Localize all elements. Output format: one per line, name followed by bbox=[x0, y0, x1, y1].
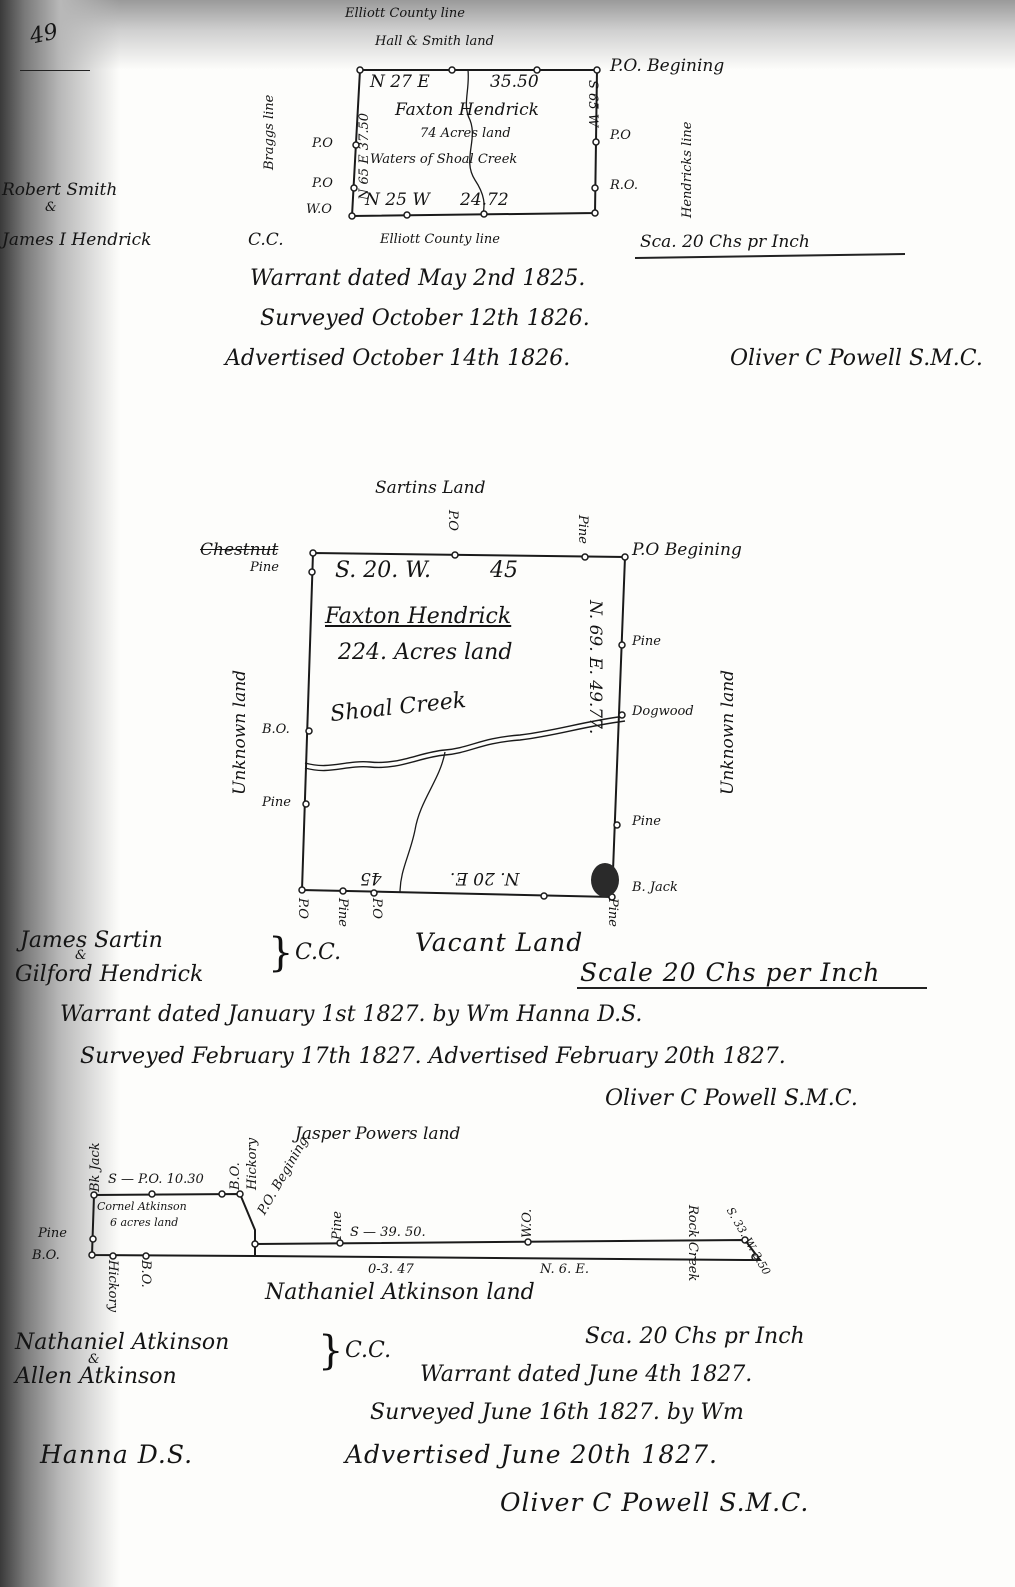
plat2-top-marker-po: P.O bbox=[445, 510, 460, 531]
plat3-right-marker-2: Rock Creek bbox=[685, 1205, 700, 1281]
plat2-left-marker-1: B.O. bbox=[262, 722, 290, 737]
plat1-west-corner-1: P.O bbox=[312, 136, 333, 151]
plat1-west-corner-2: P.O bbox=[312, 176, 333, 191]
plat2-warrant: Warrant dated January 1st 1827. by Wm Ha… bbox=[60, 1002, 642, 1027]
plat3-advertised: Advertised June 20th 1827. bbox=[345, 1440, 718, 1469]
plat3-warrant: Warrant dated June 4th 1827. bbox=[420, 1362, 752, 1387]
plat3-cc-label: C.C. bbox=[345, 1338, 391, 1363]
plat1-right-call: S 65 W bbox=[585, 80, 600, 127]
plat1-waters: Waters of Shoal Creek bbox=[370, 152, 517, 167]
plat1-owner: Faxton Hendrick bbox=[395, 100, 539, 120]
plat1-bottom-distance: 24.72 bbox=[460, 190, 509, 210]
plat3-right-marker-1: W.O. bbox=[520, 1209, 535, 1238]
plat2-bottom-marker-1: P.O bbox=[295, 898, 310, 919]
plat2-top-marker-pine: Pine bbox=[575, 515, 590, 544]
plat2-bottom-call: N. 20 E. bbox=[450, 868, 519, 888]
plat1-top-distance: 35.50 bbox=[490, 72, 539, 92]
plat3-bottom-marker-1: Hickory bbox=[105, 1260, 120, 1312]
plat2-south-label: Vacant Land bbox=[415, 928, 583, 957]
plat3-signature: Oliver C Powell S.M.C. bbox=[500, 1488, 809, 1517]
plat1-chain-carrier-1: Robert Smith bbox=[2, 180, 117, 200]
plat1-acres: 74 Acres land bbox=[420, 126, 511, 141]
plat2-scale: Scale 20 Chs per Inch bbox=[580, 958, 880, 987]
plat3-inner-owner: Cornel Atkinson bbox=[97, 1200, 187, 1213]
plat2-cc-label: C.C. bbox=[295, 940, 341, 965]
plat3-surveyor: Hanna D.S. bbox=[40, 1440, 193, 1469]
plat2-chain-carrier-2: Gilford Hendrick bbox=[15, 962, 203, 987]
plat2-top-left-tree: Pine bbox=[250, 560, 279, 575]
plat2-right-marker-4: B. Jack bbox=[632, 880, 678, 895]
plat1-scale: Sca. 20 Chs pr Inch bbox=[640, 232, 810, 252]
plat2-surveyed: Surveyed February 17th 1827. Advertised … bbox=[80, 1044, 786, 1069]
plat3-top-call: S — P.O. 10.30 bbox=[108, 1172, 204, 1187]
plat1-signature: Oliver C Powell S.M.C. bbox=[730, 346, 983, 371]
plat2-right-call: N. 69. E. 49.77. bbox=[585, 600, 605, 734]
plat2-west-label: Unknown land bbox=[230, 670, 250, 795]
plat1-left-call: N 65 E 37.50 bbox=[357, 113, 372, 200]
plat2-right-marker-2: Dogwood bbox=[632, 704, 694, 719]
plat2-owner: Faxton Hendrick bbox=[325, 604, 511, 629]
plat1-surveyed: Surveyed October 12th 1826. bbox=[260, 306, 590, 331]
plat2-chain-carrier-1: James Sartin bbox=[20, 928, 163, 953]
plat1-scale-underline bbox=[635, 254, 905, 258]
plat1-advertised: Advertised October 14th 1826. bbox=[225, 346, 570, 371]
plat1-east-label: Hendricks line bbox=[680, 122, 695, 218]
plat1-cc-label: C.C. bbox=[248, 230, 284, 250]
plat3-surveyed: Surveyed June 16th 1827. by Wm bbox=[370, 1400, 744, 1425]
plat2-north-label: Sartins Land bbox=[375, 478, 486, 498]
plat3-south-label: Nathaniel Atkinson land bbox=[265, 1280, 535, 1305]
plat3-chain-carrier-1: Nathaniel Atkinson bbox=[15, 1330, 229, 1355]
plat3-inner-acres: 6 acres land bbox=[110, 1216, 178, 1229]
plat3-bottom-call: N. 6. E. bbox=[540, 1262, 589, 1277]
plat2-bottom-marker-3: P.O bbox=[369, 898, 384, 919]
plat3-top-marker-2: B.O. bbox=[228, 1162, 243, 1190]
plat2-top-left-corner: Chestnut bbox=[200, 540, 278, 560]
plat3-left-marker-2: B.O. bbox=[32, 1248, 60, 1263]
plat1-north-label-2: Hall & Smith land bbox=[375, 34, 494, 49]
plat1-west-corner-3: W.O bbox=[306, 202, 332, 217]
plat2-right-marker-3: Pine bbox=[632, 814, 661, 829]
ink-blot bbox=[591, 863, 619, 897]
plat3-bottom-marker-2: B.O. bbox=[138, 1260, 153, 1288]
plat1-east-corner-2: R.O. bbox=[610, 178, 638, 193]
plat2-bottom-distance: 45 bbox=[360, 868, 382, 888]
plat2-top-call: S. 20. W. bbox=[335, 558, 431, 583]
plat1-south-label: Elliott County line bbox=[380, 232, 500, 247]
plat2-top-distance: 45 bbox=[490, 558, 518, 583]
plat2-begin-label: P.O Begining bbox=[632, 540, 742, 560]
plat1-begin-label: P.O. Begining bbox=[610, 56, 724, 76]
plat1-bottom-call: N 25 W bbox=[365, 190, 430, 210]
plat1-chain-carrier-2: James I Hendrick bbox=[2, 230, 151, 250]
plat2-acres: 224. Acres land bbox=[338, 640, 512, 665]
plat2-signature: Oliver C Powell S.M.C. bbox=[605, 1086, 858, 1111]
plat3-bottom-distance: 0-3. 47 bbox=[368, 1262, 414, 1277]
plat3-north-label: Jasper Powers land bbox=[295, 1124, 460, 1144]
plat3-main-call: S — 39. 50. bbox=[350, 1225, 426, 1240]
plat2-left-marker-2: Pine bbox=[262, 795, 291, 810]
plat1-east-corner-1: P.O bbox=[610, 128, 631, 143]
plat1-warrant: Warrant dated May 2nd 1825. bbox=[250, 266, 585, 291]
plat3-top-marker-1: Bk Jack bbox=[88, 1142, 103, 1192]
plat2-east-label: Unknown land bbox=[718, 670, 738, 795]
plat3-chain-carrier-2: Allen Atkinson bbox=[15, 1364, 177, 1389]
plat3-top-marker-5: Pine bbox=[330, 1211, 345, 1240]
plat3-left-marker-1: Pine bbox=[38, 1226, 67, 1241]
plat1-chain-carrier-amp: & bbox=[45, 200, 57, 215]
plat2-brace: } bbox=[268, 930, 293, 976]
plat3-brace: } bbox=[318, 1328, 343, 1374]
plat2-bottom-marker-2: Pine bbox=[335, 898, 350, 927]
plat2-chain-carrier-amp: & bbox=[75, 948, 87, 963]
plat2-right-marker-1: Pine bbox=[632, 634, 661, 649]
plat1-top-call: N 27 E bbox=[370, 72, 430, 92]
plat1-west-label: Braggs line bbox=[262, 95, 277, 170]
plat1-north-label-1: Elliott County line bbox=[345, 6, 465, 21]
plat2-bottom-marker-4: Pine bbox=[605, 898, 620, 927]
plat3-top-marker-4: Hickory bbox=[245, 1138, 260, 1190]
plat3-scale: Sca. 20 Chs pr Inch bbox=[585, 1324, 805, 1349]
